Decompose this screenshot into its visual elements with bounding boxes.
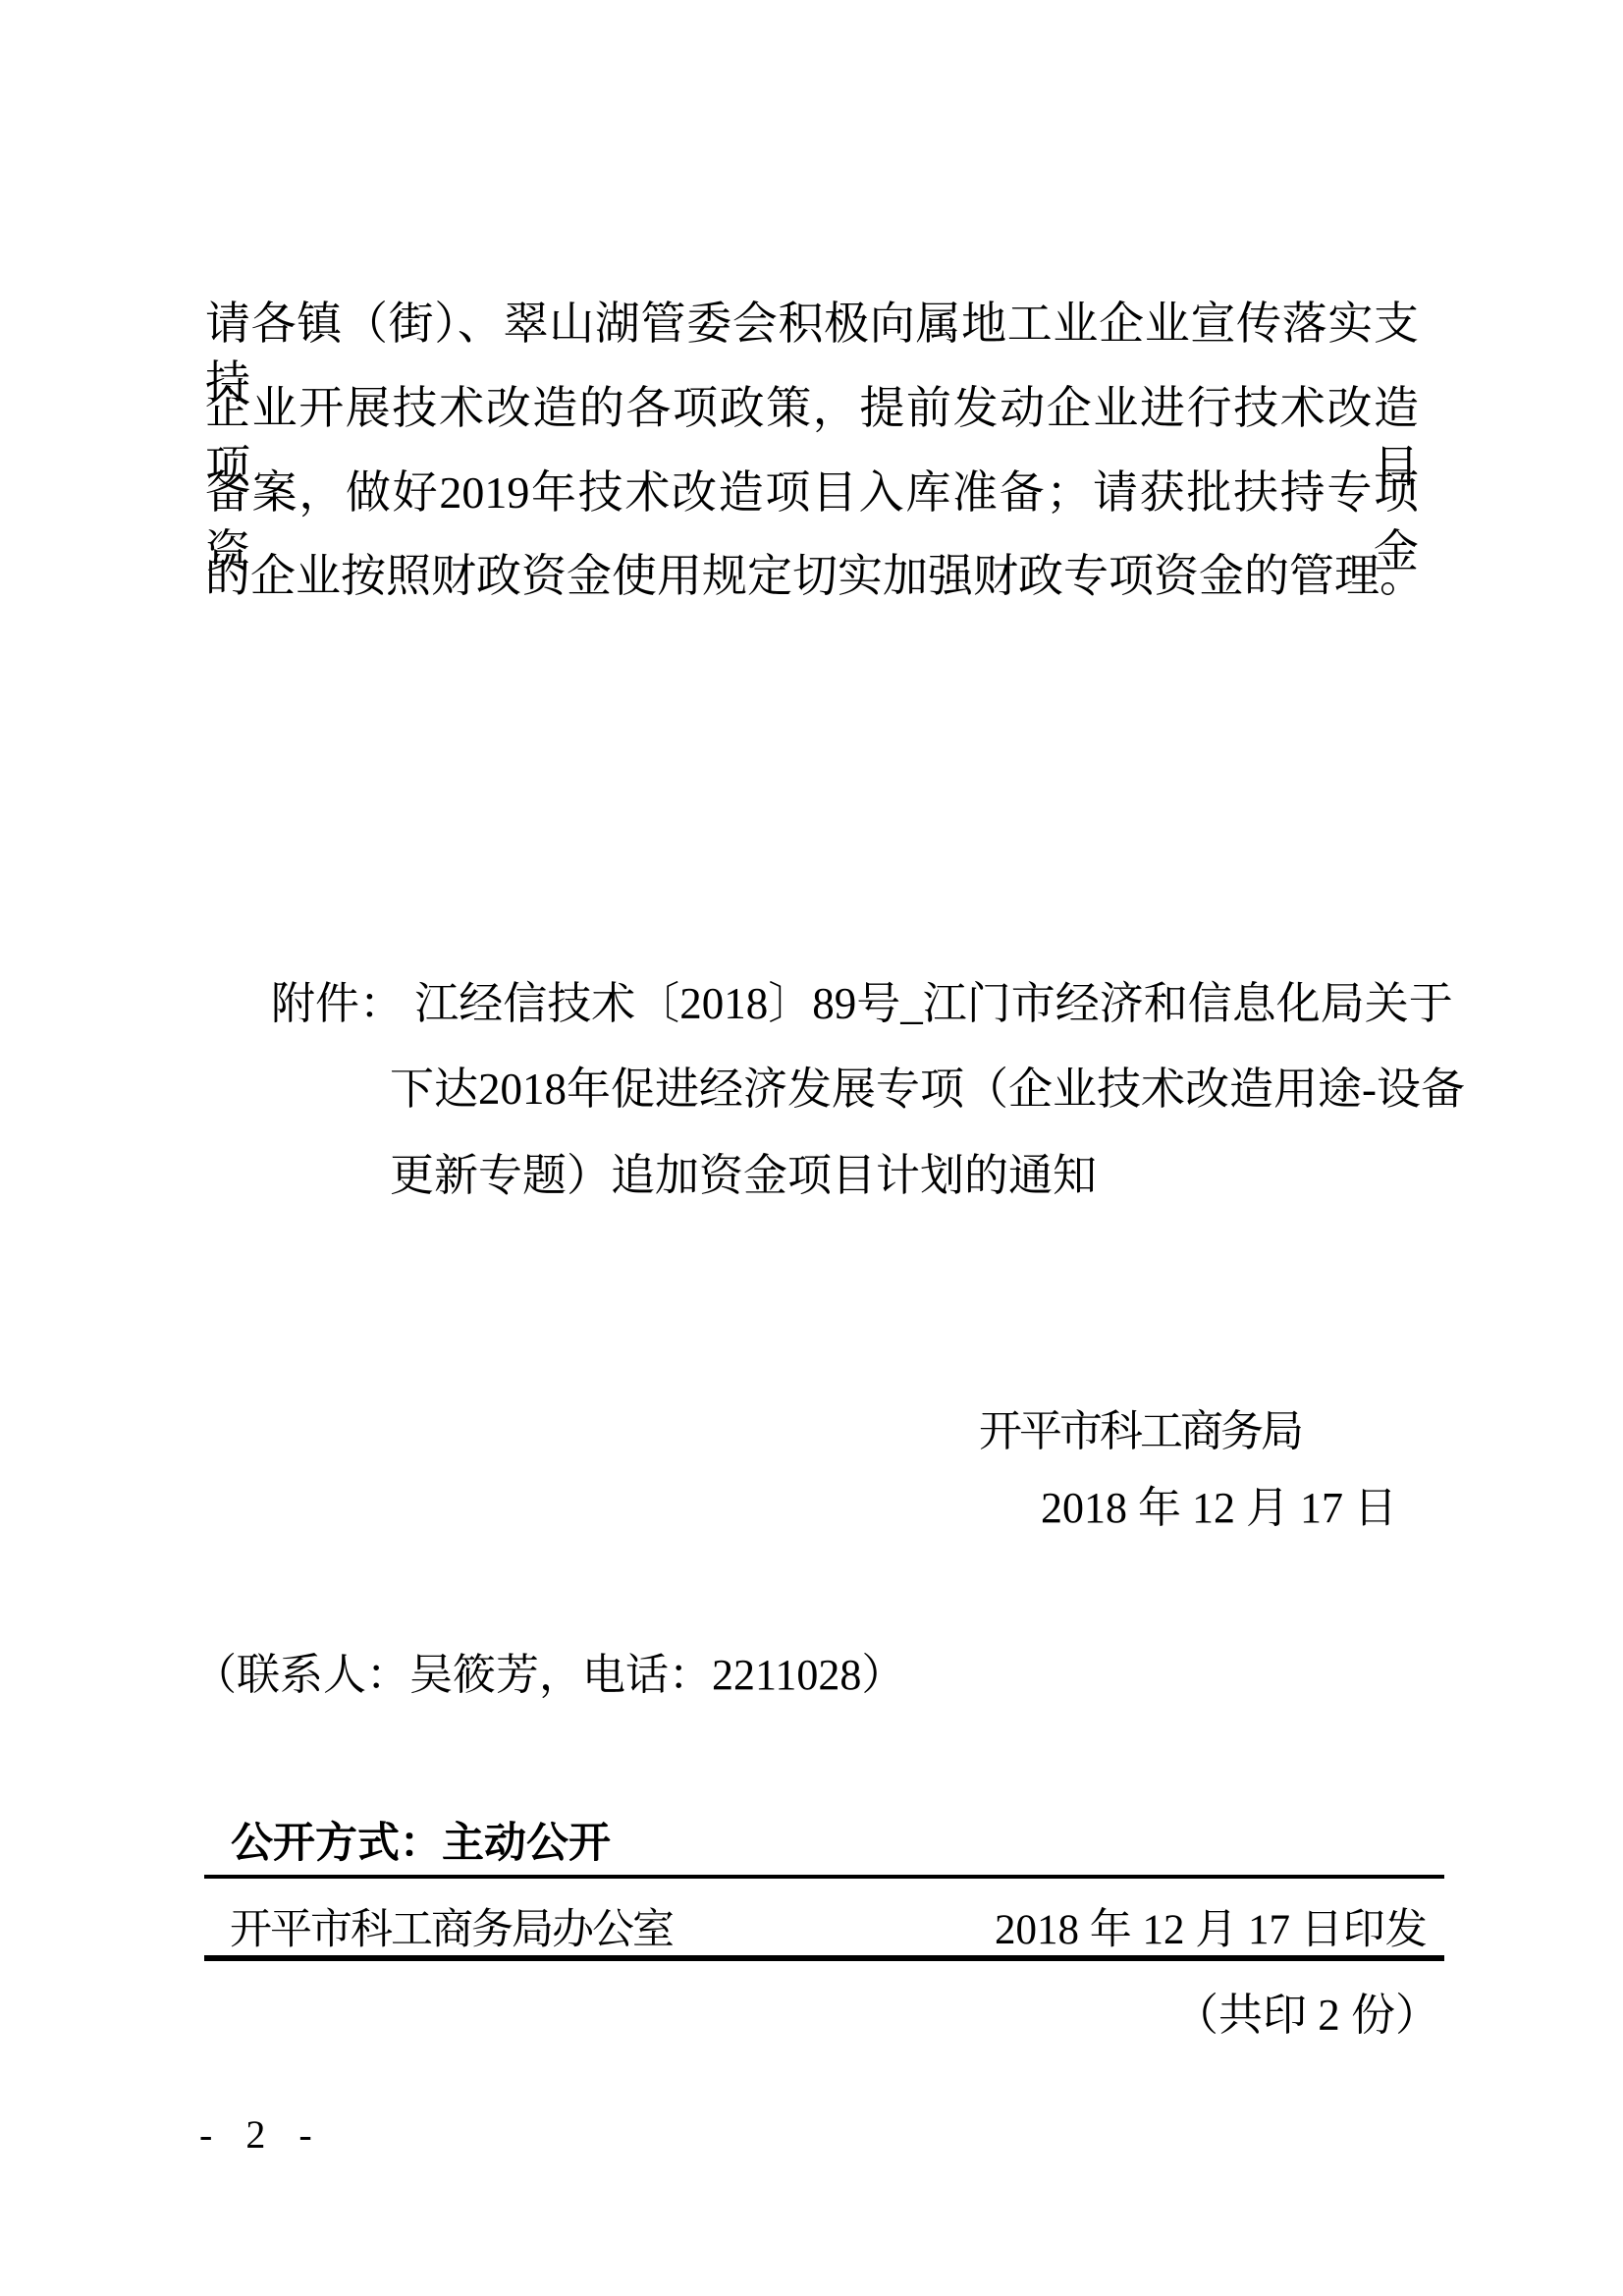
colophon-bottom-rule: [204, 1955, 1444, 1961]
attachment-line-3: 更新专题）追加资金项目计划的通知: [390, 1147, 1097, 1204]
page-number: - 2 -: [199, 2111, 324, 2158]
colophon-office: 开平市科工商务局办公室: [230, 1896, 673, 1956]
signature-date: 2018 年 12 月 17 日: [1041, 1472, 1397, 1535]
attachment-line-2: 下达2018年促进经济发展专项（企业技术改造用途-设备: [390, 1061, 1465, 1118]
body-paragraph-line-4: 的企业按照财政资金使用规定切实加强财政专项资金的管理。: [205, 547, 1419, 606]
document-page: 请各镇（街）、翠山湖管委会积极向属地工业企业宣传落实支持 企业开展技术改造的各项…: [0, 0, 1623, 2296]
disclosure-method-line: 公开方式：主动公开: [231, 1810, 611, 1870]
contact-line: （联系人：吴筱芳，电话：2211028）: [193, 1639, 904, 1702]
colophon-print-date: 2018 年 12 月 17 日印发: [995, 1896, 1428, 1956]
attachment-line-1: 附件： 江经信技术〔2018〕89号_江门市经济和信息化局关于: [271, 975, 1453, 1032]
copies-note: （共印 2 份）: [1174, 1979, 1439, 2043]
colophon-top-rule: [204, 1875, 1444, 1879]
signature-organization: 开平市科工商务局: [979, 1395, 1301, 1458]
